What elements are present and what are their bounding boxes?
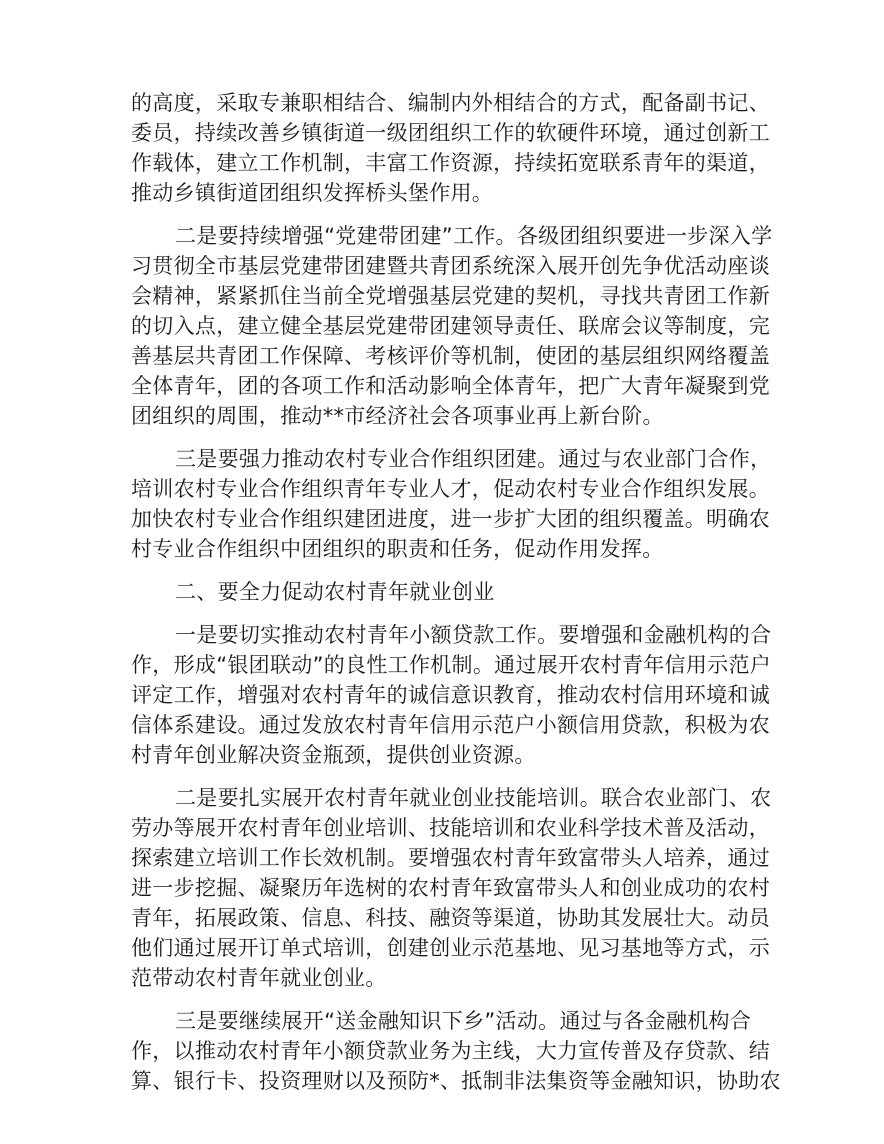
text-line: 团组织的周围，推动**市经济社会各项事业再上新台阶。	[131, 401, 771, 431]
text-line: 二是要持续增强“党建带团建”工作。各级团组织要进一步深入学	[131, 221, 771, 251]
text-line: 会精神，紧紧抓住当前全党增强基层党建的契机，寻找共青团工作新	[131, 281, 771, 311]
text-line: 劳办等展开农村青年创业培训、技能培训和农业科学技术普及活动，	[131, 813, 771, 843]
text-line: 作，以推动农村青年小额贷款业务为主线，大力宣传普及存贷款、结	[131, 1036, 771, 1066]
text-line: 青年，拓展政策、信息、科技、融资等渠道，协助其发展壮大。动员	[131, 903, 771, 933]
text-line: 信体系建设。通过发放农村青年信用示范户小额信用贷款，积极为农	[131, 710, 771, 740]
section-heading-text: 二、要全力促动农村青年就业创业	[131, 577, 771, 607]
text-line: 进一步挖掘、凝聚历年选树的农村青年致富带头人和创业成功的农村	[131, 873, 771, 903]
paragraph-financial-knowledge: 三是要继续展开“送金融知识下乡”活动。通过与各金融机构合 作，以推动农村青年小额…	[131, 1006, 771, 1096]
paragraph-intro-continuation: 的高度，采取专兼职相结合、编制内外相结合的方式，配备副书记、 委员，持续改善乡镇…	[131, 88, 771, 208]
text-line: 评定工作，增强对农村青年的诚信意识教育，推动农村信用环境和诚	[131, 680, 771, 710]
section-heading: 二、要全力促动农村青年就业创业	[131, 577, 771, 607]
text-line: 的高度，采取专兼职相结合、编制内外相结合的方式，配备副书记、	[131, 88, 771, 118]
text-line: 村青年创业解决资金瓶颈，提供创业资源。	[131, 740, 771, 770]
text-line: 培训农村专业合作组织青年专业人才，促动农村专业合作组织发展。	[131, 474, 771, 504]
paragraph-microloans: 一是要切实推动农村青年小额贷款工作。要增强和金融机构的合 作，形成“银团联动”的…	[131, 620, 771, 770]
text-line: 善基层共青团工作保障、考核评价等机制，使团的基层组织网络覆盖	[131, 341, 771, 371]
text-line: 二是要扎实展开农村青年就业创业技能培训。联合农业部门、农	[131, 783, 771, 813]
text-line: 范带动农村青年就业创业。	[131, 963, 771, 993]
paragraph-party-building: 二是要持续增强“党建带团建”工作。各级团组织要进一步深入学 习贯彻全市基层党建带…	[131, 221, 771, 431]
paragraph-cooperatives: 三是要强力推动农村专业合作组织团建。通过与农业部门合作， 培训农村专业合作组织青…	[131, 444, 771, 564]
text-line: 村专业合作组织中团组织的职责和任务，促动作用发挥。	[131, 534, 771, 564]
text-line: 习贯彻全市基层党建带团建暨共青团系统深入展开创先争优活动座谈	[131, 251, 771, 281]
text-line: 他们通过展开订单式培训，创建创业示范基地、见习基地等方式，示	[131, 933, 771, 963]
paragraph-skills-training: 二是要扎实展开农村青年就业创业技能培训。联合农业部门、农 劳办等展开农村青年创业…	[131, 783, 771, 993]
text-line: 作载体，建立工作机制，丰富工作资源，持续拓宽联系青年的渠道，	[131, 148, 771, 178]
text-line: 的切入点，建立健全基层党建带团建领导责任、联席会议等制度，完	[131, 311, 771, 341]
text-line: 三是要强力推动农村专业合作组织团建。通过与农业部门合作，	[131, 444, 771, 474]
text-line: 一是要切实推动农村青年小额贷款工作。要增强和金融机构的合	[131, 620, 771, 650]
document-page: 的高度，采取专兼职相结合、编制内外相结合的方式，配备副书记、 委员，持续改善乡镇…	[131, 88, 771, 1109]
text-line: 作，形成“银团联动”的良性工作机制。通过展开农村青年信用示范户	[131, 650, 771, 680]
text-line: 委员，持续改善乡镇街道一级团组织工作的软硬件环境，通过创新工	[131, 118, 771, 148]
text-line: 加快农村专业合作组织建团进度，进一步扩大团的组织覆盖。明确农	[131, 504, 771, 534]
text-line: 三是要继续展开“送金融知识下乡”活动。通过与各金融机构合	[131, 1006, 771, 1036]
text-line: 算、银行卡、投资理财以及预防*、抵制非法集资等金融知识，协助农	[131, 1066, 771, 1096]
text-line: 探索建立培训工作长效机制。要增强农村青年致富带头人培养，通过	[131, 843, 771, 873]
text-line: 推动乡镇街道团组织发挥桥头堡作用。	[131, 178, 771, 208]
text-line: 全体青年，团的各项工作和活动影响全体青年，把广大青年凝聚到党	[131, 371, 771, 401]
